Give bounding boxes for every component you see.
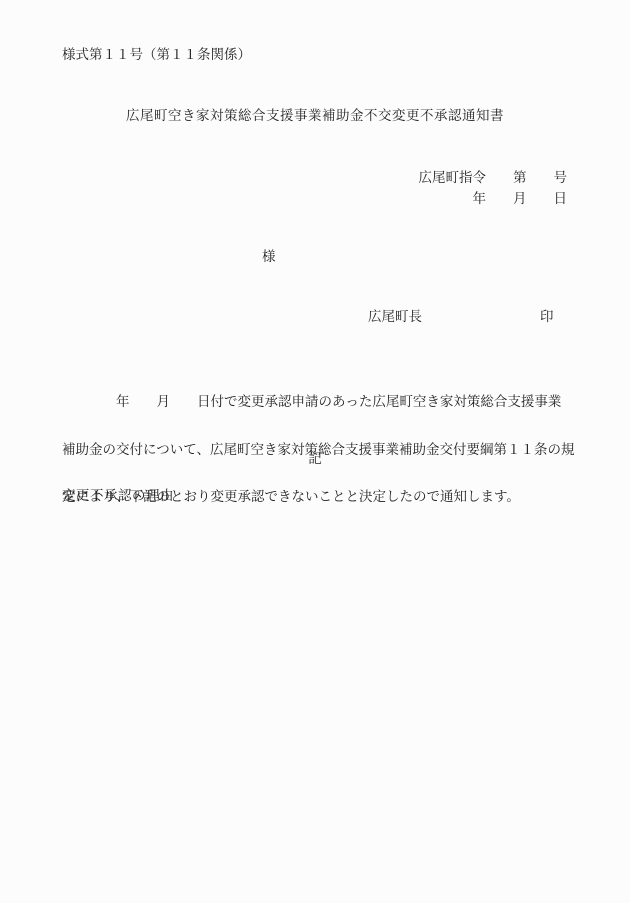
addressee-honorific: 様 [262,251,276,265]
reason-label: 変更不承認の理由 [62,490,174,504]
document-page: 様式第１１号（第１１条関係） 広尾町空き家対策総合支援事業補助金不交変更不承認通… [0,0,630,903]
record-heading: 記 [0,453,630,467]
document-title: 広尾町空き家対策総合支援事業補助金不交変更不承認通知書 [0,110,630,124]
directive-number-line: 広尾町指令 第 号 [419,172,568,186]
issuer-title: 広尾町長 [368,311,422,325]
seal-mark: 印 [540,311,554,325]
form-number: 様式第１１号（第１１条関係） [62,49,251,63]
body-paragraph-line-1: 年 月 日付で変更承認申請のあった広尾町空き家対策総合支援事業 [62,396,572,417]
issue-date-line: 年 月 日 [473,193,568,207]
